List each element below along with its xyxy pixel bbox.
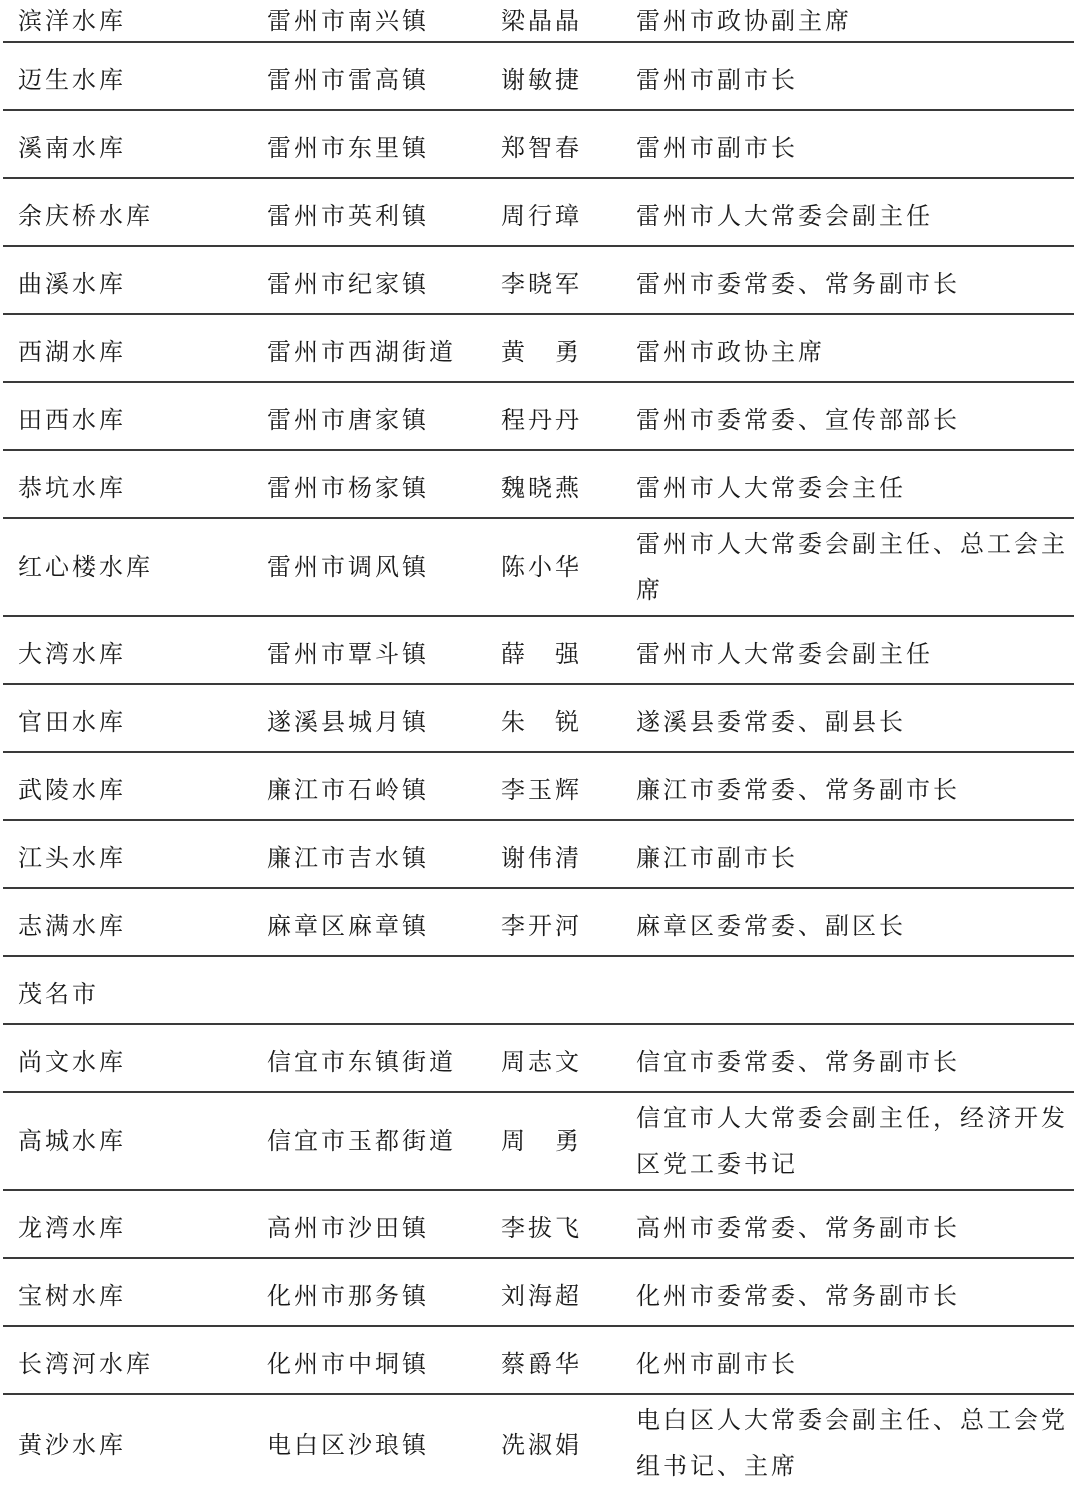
table-row: 武陵水库 廉江市石岭镇 李玉辉 廉江市委常委、常务副市长 [3, 753, 1074, 821]
table-row: 尚文水库 信宜市东镇街道 周志文 信宜市委常委、常务副市长 [3, 1025, 1074, 1093]
person-name: 梁晶晶 [501, 1, 582, 41]
job-title: 雷州市副市长 [636, 124, 1072, 172]
job-title: 电白区人大常委会副主任、总工会党组书记、主席 [636, 1397, 1072, 1487]
location: 雷州市唐家镇 [267, 396, 429, 444]
reservoir-name: 江头水库 [18, 834, 126, 882]
reservoir-name: 西湖水库 [18, 328, 126, 376]
reservoir-name: 黄沙水库 [18, 1421, 126, 1469]
location: 电白区沙琅镇 [267, 1421, 429, 1469]
job-title: 廉江市委常委、常务副市长 [636, 766, 1072, 814]
reservoir-name: 余庆桥水库 [18, 192, 153, 240]
job-title: 雷州市人大常委会副主任 [636, 630, 1072, 678]
location: 遂溪县城月镇 [267, 698, 429, 746]
reservoir-name: 红心楼水库 [18, 543, 153, 591]
person-name: 薛 强 [501, 630, 582, 678]
person-name: 郑智春 [501, 124, 582, 172]
reservoir-name: 滨洋水库 [18, 1, 126, 41]
job-title: 信宜市人大常委会副主任，经济开发区党工委书记 [636, 1095, 1072, 1187]
reservoir-name: 曲溪水库 [18, 260, 126, 308]
section-heading-maoming: 茂名市 [18, 970, 99, 1018]
person-name: 李拔飞 [501, 1204, 582, 1252]
person-name: 刘海超 [501, 1272, 582, 1320]
reservoir-name: 龙湾水库 [18, 1204, 126, 1252]
reservoir-name: 武陵水库 [18, 766, 126, 814]
location: 化州市中垌镇 [267, 1340, 429, 1388]
reservoir-name: 迈生水库 [18, 56, 126, 104]
location: 雷州市东里镇 [267, 124, 429, 172]
location: 雷州市英利镇 [267, 192, 429, 240]
job-title: 雷州市人大常委会主任 [636, 464, 1072, 512]
location: 廉江市石岭镇 [267, 766, 429, 814]
reservoir-name: 官田水库 [18, 698, 126, 746]
location: 雷州市雷高镇 [267, 56, 429, 104]
person-name: 程丹丹 [501, 396, 582, 444]
table-row: 田西水库 雷州市唐家镇 程丹丹 雷州市委常委、宣传部部长 [3, 383, 1074, 451]
table-row: 大湾水库 雷州市覃斗镇 薛 强 雷州市人大常委会副主任 [3, 617, 1074, 685]
job-title: 信宜市委常委、常务副市长 [636, 1038, 1072, 1086]
table-row: 恭坑水库 雷州市杨家镇 魏晓燕 雷州市人大常委会主任 [3, 451, 1074, 519]
job-title: 化州市副市长 [636, 1340, 1072, 1388]
job-title: 雷州市人大常委会副主任、总工会主席 [636, 521, 1072, 613]
location: 麻章区麻章镇 [267, 902, 429, 950]
job-title: 雷州市委常委、常务副市长 [636, 260, 1072, 308]
table-row: 迈生水库 雷州市雷高镇 谢敏捷 雷州市副市长 [3, 43, 1074, 111]
reservoir-name: 尚文水库 [18, 1038, 126, 1086]
table-row: 滨洋水库 雷州市南兴镇 梁晶晶 雷州市政协副主席 [3, 0, 1074, 43]
reservoir-name: 大湾水库 [18, 630, 126, 678]
person-name: 朱 锐 [501, 698, 582, 746]
job-title: 雷州市人大常委会副主任 [636, 192, 1072, 240]
reservoir-name: 志满水库 [18, 902, 126, 950]
reservoir-name: 宝树水库 [18, 1272, 126, 1320]
location: 雷州市覃斗镇 [267, 630, 429, 678]
location: 高州市沙田镇 [267, 1204, 429, 1252]
table-row: 江头水库 廉江市吉水镇 谢伟清 廉江市副市长 [3, 821, 1074, 889]
person-name: 周志文 [501, 1038, 582, 1086]
table-row: 高城水库 信宜市玉都街道 周 勇 信宜市人大常委会副主任，经济开发区党工委书记 [3, 1093, 1074, 1191]
job-title: 雷州市委常委、宣传部部长 [636, 396, 1072, 444]
table-row: 志满水库 麻章区麻章镇 李开河 麻章区委常委、副区长 [3, 889, 1074, 957]
reservoir-name: 田西水库 [18, 396, 126, 444]
job-title: 高州市委常委、常务副市长 [636, 1204, 1072, 1252]
person-name: 李玉辉 [501, 766, 582, 814]
location: 雷州市调风镇 [267, 543, 429, 591]
reservoir-name: 长湾河水库 [18, 1340, 153, 1388]
job-title: 化州市委常委、常务副市长 [636, 1272, 1072, 1320]
location: 廉江市吉水镇 [267, 834, 429, 882]
person-name: 谢敏捷 [501, 56, 582, 104]
person-name: 蔡爵华 [501, 1340, 582, 1388]
location: 信宜市东镇街道 [267, 1038, 456, 1086]
table-row: 黄沙水库 电白区沙琅镇 冼淑娟 电白区人大常委会副主任、总工会党组书记、主席 [3, 1395, 1074, 1487]
table-row: 龙湾水库 高州市沙田镇 李拔飞 高州市委常委、常务副市长 [3, 1191, 1074, 1259]
job-title: 雷州市政协主席 [636, 328, 1072, 376]
location: 雷州市南兴镇 [267, 1, 429, 41]
person-name: 魏晓燕 [501, 464, 582, 512]
reservoir-name: 高城水库 [18, 1117, 126, 1165]
person-name: 陈小华 [501, 543, 582, 591]
location: 化州市那务镇 [267, 1272, 429, 1320]
job-title: 雷州市副市长 [636, 56, 1072, 104]
person-name: 周行璋 [501, 192, 582, 240]
table-row: 余庆桥水库 雷州市英利镇 周行璋 雷州市人大常委会副主任 [3, 179, 1074, 247]
table-row: 红心楼水库 雷州市调风镇 陈小华 雷州市人大常委会副主任、总工会主席 [3, 519, 1074, 617]
job-title: 雷州市政协副主席 [636, 1, 1072, 41]
location: 雷州市纪家镇 [267, 260, 429, 308]
section-header-row: 茂名市 [3, 957, 1074, 1025]
person-name: 冼淑娟 [501, 1421, 582, 1469]
job-title: 麻章区委常委、副区长 [636, 902, 1072, 950]
reservoir-name: 溪南水库 [18, 124, 126, 172]
job-title: 遂溪县委常委、副县长 [636, 698, 1072, 746]
person-name: 谢伟清 [501, 834, 582, 882]
location: 雷州市西湖街道 [267, 328, 456, 376]
table-row: 长湾河水库 化州市中垌镇 蔡爵华 化州市副市长 [3, 1327, 1074, 1395]
table-row: 官田水库 遂溪县城月镇 朱 锐 遂溪县委常委、副县长 [3, 685, 1074, 753]
person-name: 周 勇 [501, 1117, 582, 1165]
person-name: 李晓军 [501, 260, 582, 308]
table-row: 曲溪水库 雷州市纪家镇 李晓军 雷州市委常委、常务副市长 [3, 247, 1074, 315]
location: 雷州市杨家镇 [267, 464, 429, 512]
table-row: 溪南水库 雷州市东里镇 郑智春 雷州市副市长 [3, 111, 1074, 179]
reservoir-responsibility-table: 滨洋水库 雷州市南兴镇 梁晶晶 雷州市政协副主席 迈生水库 雷州市雷高镇 谢敏捷… [3, 0, 1074, 1487]
person-name: 黄 勇 [501, 328, 582, 376]
job-title: 廉江市副市长 [636, 834, 1072, 882]
location: 信宜市玉都街道 [267, 1117, 456, 1165]
table-row: 宝树水库 化州市那务镇 刘海超 化州市委常委、常务副市长 [3, 1259, 1074, 1327]
person-name: 李开河 [501, 902, 582, 950]
table-row: 西湖水库 雷州市西湖街道 黄 勇 雷州市政协主席 [3, 315, 1074, 383]
reservoir-name: 恭坑水库 [18, 464, 126, 512]
